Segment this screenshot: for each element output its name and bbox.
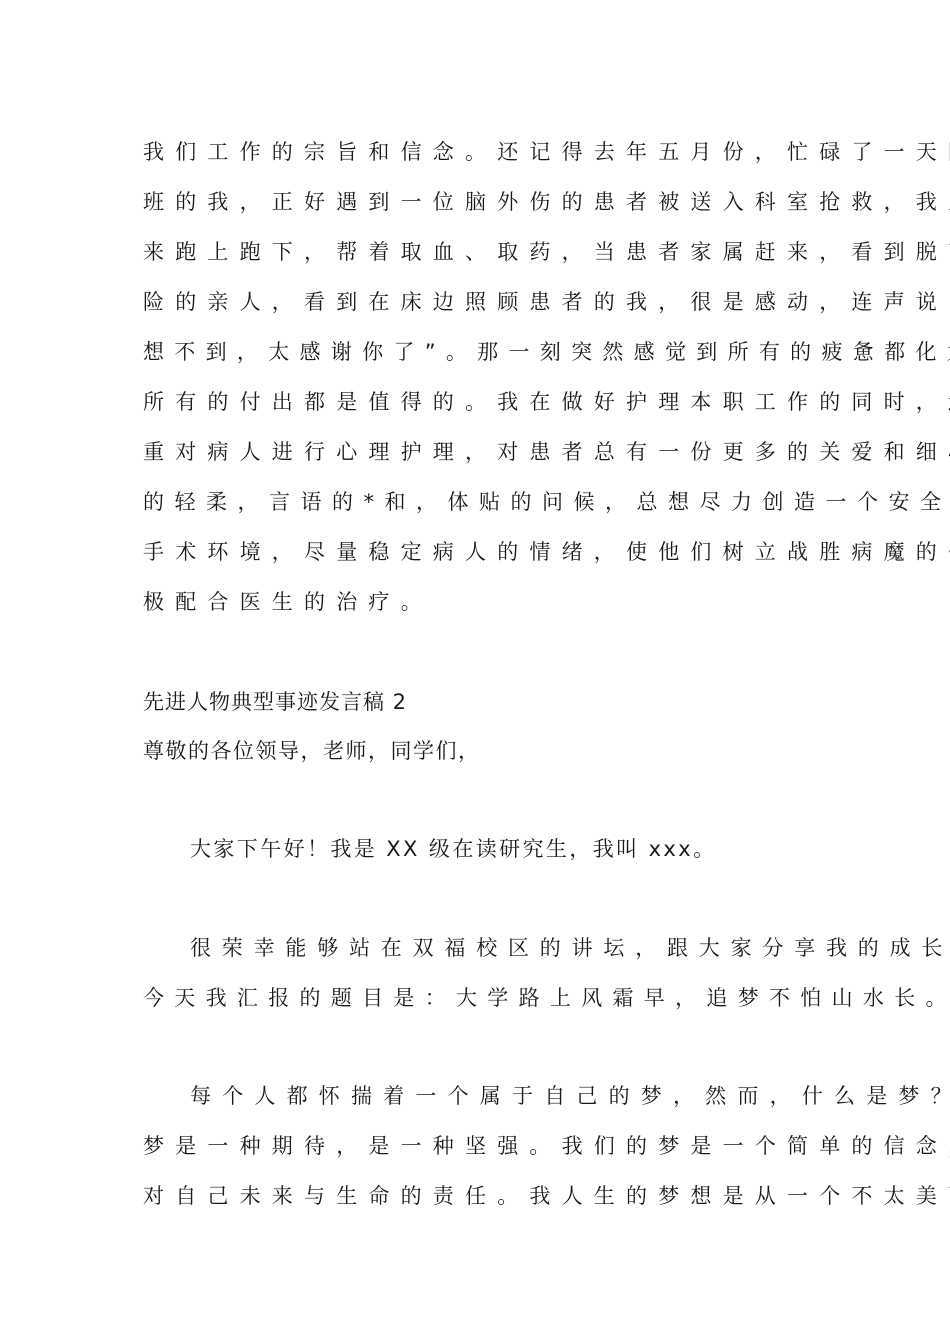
section-heading: 先进人物典型事迹发言稿 2: [143, 688, 407, 716]
text-line: 想不到，太感谢你了”。那一刻突然感觉到所有的疲惫都化为乌有，: [143, 338, 950, 366]
text-line: 梦是一种期待，是一种坚强。我们的梦是一个简单的信念，是一份: [143, 1132, 950, 1160]
text-line: 重对病人进行心理护理，对患者总有一份更多的关爱和细心，动作: [143, 438, 950, 466]
text-line: 来跑上跑下，帮着取血、取药，当患者家属赶来，看到脱离生命危: [143, 238, 950, 266]
salutation: 尊敬的各位领导，老师，同学们，: [143, 737, 481, 765]
text-line: 每个人都怀揣着一个属于自己的梦，然而，什么是梦？我认为: [190, 1082, 950, 1110]
text-line: 险的亲人，看到在床边照顾患者的我，很是感动，连声说：“真是: [143, 288, 950, 316]
text-line: 极配合医生的治疗。: [143, 588, 433, 616]
text-line: 所有的付出都是值得的。我在做好护理本职工作的同时，还十分注: [143, 388, 950, 416]
text-line: 对自己未来与生命的责任。我人生的梦想是从一个不太美丽的经历: [143, 1182, 950, 1210]
text-line: 手术环境，尽量稳定病人的情绪，使他们树立战胜病魔的信心，积: [143, 538, 950, 566]
text-line: 的轻柔，言语的*和，体贴的问候，总想尽力创造一个安全、舒适的: [143, 488, 950, 516]
document-page: 我们工作的宗旨和信念。还记得去年五月份，忙碌了一天刚准备下 班的我，正好遇到一位…: [0, 0, 950, 1344]
text-line: 今天我汇报的题目是：大学路上风霜早，追梦不怕山水长。: [143, 984, 950, 1012]
text-line: 很荣幸能够站在双福校区的讲坛，跟大家分享我的成长经历，: [190, 934, 950, 962]
text-line: 班的我，正好遇到一位脑外伤的患者被送入科室抢救，我主动留下: [143, 188, 950, 216]
text-line: 大家下午好！我是 XX 级在读研究生，我叫 xxx。: [190, 835, 716, 863]
text-line: 我们工作的宗旨和信念。还记得去年五月份，忙碌了一天刚准备下: [143, 138, 950, 166]
